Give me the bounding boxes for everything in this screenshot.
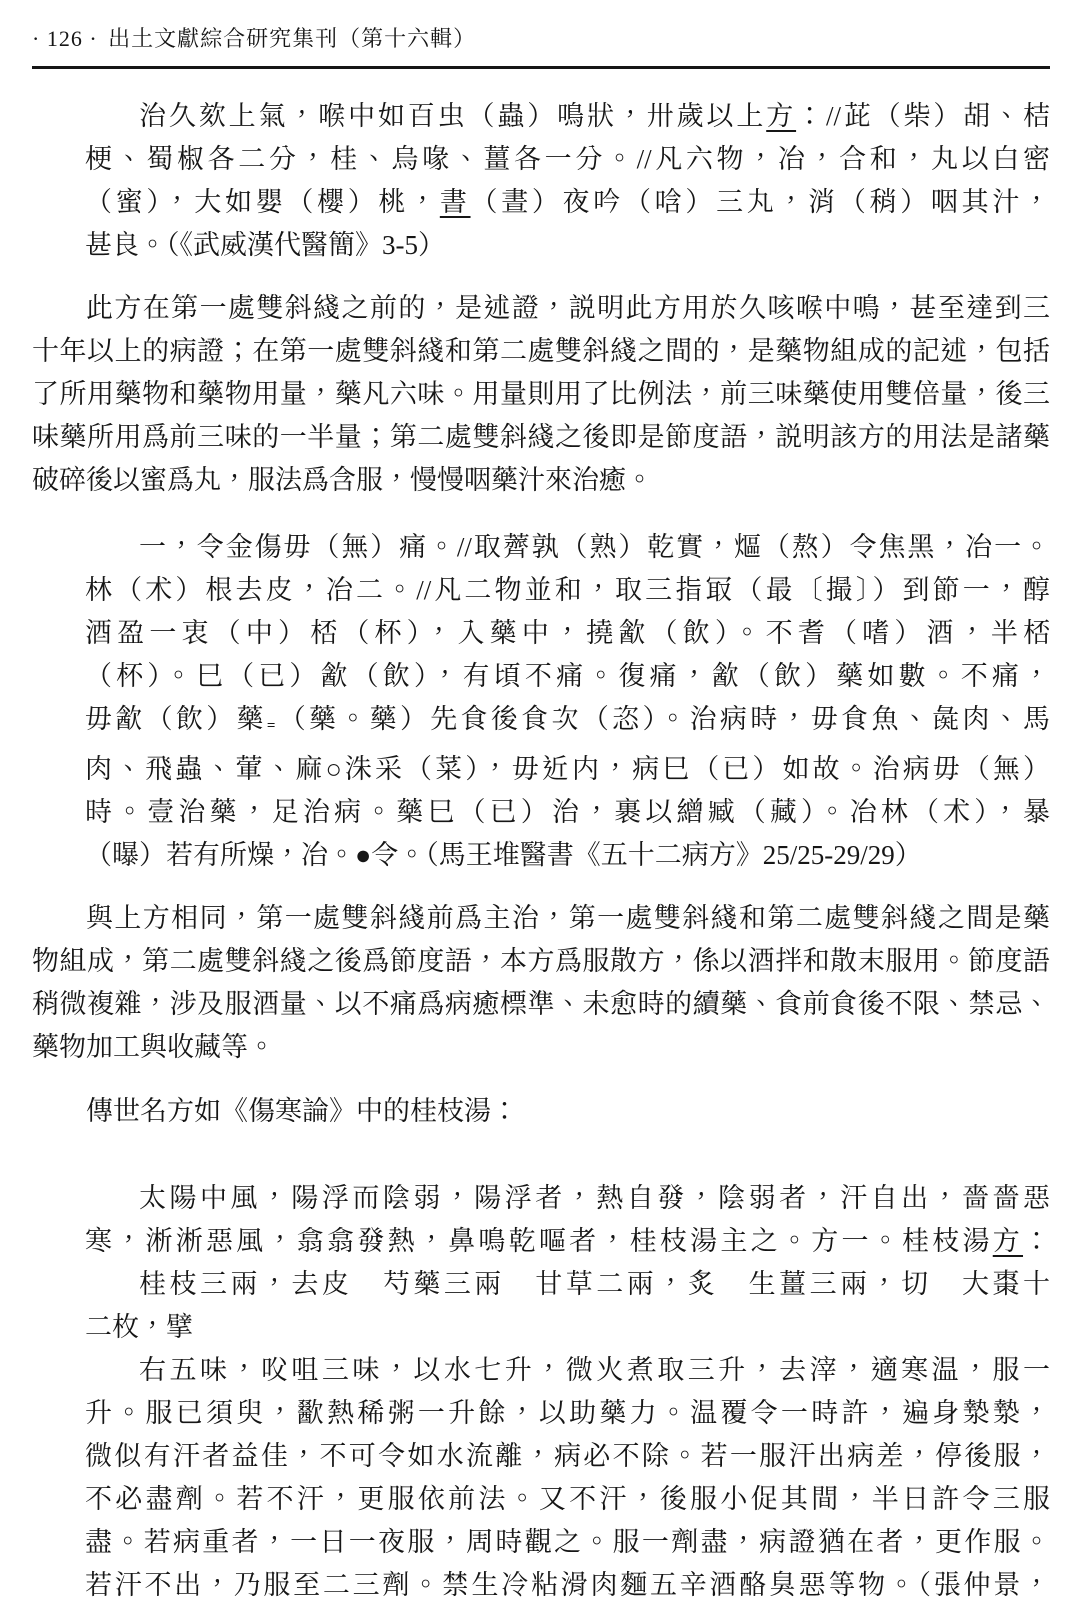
quote-line: 毋㱃（飲）藥=（藥。藥）先食後食次（恣）。治病時，毋食魚、彘肉、馬 (85, 698, 1050, 748)
body-line: 物組成，第二處雙斜綫之後爲節度語，本方爲服散方，係以酒拌和散末服用。節度語 (32, 940, 1050, 983)
body-text: 傳世名方如《傷寒論》中的桂枝湯： (86, 1096, 518, 1126)
quote-source-citation: （曝）若有所燥，冶。●令。（馬王堆醫書《五十二病方》25/25-29/29） (85, 834, 1050, 877)
body-line: 破碎後以蜜爲丸，服法爲含服，慢慢咽藥汁來治癒。 (32, 459, 1050, 502)
body-text: 與上方相同，第一處雙斜綫前爲主治，第一處雙斜綫和第二處雙斜綫之間是藥 (86, 903, 1050, 933)
quote-line: 盡。若病重者，一日一夜服，周時觀之。服一劑盡，病證猶在者，更作服。 (85, 1521, 1050, 1564)
body-line: 藥物加工與收藏等。 (32, 1026, 1050, 1069)
quote-line-ingredients: 二枚，擘 (85, 1306, 1050, 1349)
commentary-paragraph-3: 傳世名方如《傷寒論》中的桂枝湯： (32, 1090, 1050, 1133)
quote-text: 微似有汗者益佳，不可令如水流離，病必不除。若一服汗出病差，停後服， (85, 1441, 1050, 1471)
quote-text: 右五味，㕮咀三味，以水七升，微火煮取三升，去滓，適寒温，服一 (139, 1355, 1050, 1385)
body-text: 稍微複雜，涉及服酒量、以不痛爲病癒標準、未愈時的續藥、食前食後不限、禁忌、 (32, 989, 1050, 1019)
quote-text: 不必盡劑。若不汗，更服依前法。又不汗，後服小促其間，半日許令三服 (85, 1484, 1050, 1514)
body-line: 十年以上的病證；在第一處雙斜綫和第二處雙斜綫之間的，是藥物組成的記述，包括 (32, 330, 1050, 373)
body-text: 了所用藥物和藥物用量，藥凡六味。用量則用了比例法，前三味藥使用雙倍量，後三 (32, 379, 1050, 409)
underlined-char: 書 (440, 187, 471, 217)
quote-text: （曝）若有所燥，冶。●令。（馬王堆醫書《五十二病方》25/25-29/29） (85, 840, 922, 870)
quote-line: 升。服已須臾，歠熱稀粥一升餘，以助藥力。温覆令一時許，遍身漐漐， (85, 1392, 1050, 1435)
quote-text: 若汗不出，乃服至二三劑。禁生冷粘滑肉麵五辛酒酪臭惡等物。（張仲景， (85, 1570, 1050, 1600)
quote-text: （蜜），大如嬰（櫻）桃， (85, 187, 440, 217)
quote-text: 毋㱃（飲）藥 (85, 704, 267, 734)
quote-text: 肉、飛蟲、葷、麻○洙采（菜），毋近内，病巳（已）如故。治病毋（無） (85, 754, 1050, 784)
body-text: 十年以上的病證；在第一處雙斜綫和第二處雙斜綫之間的，是藥物組成的記述，包括 (32, 336, 1050, 366)
quote-text: ：//茈（柴）胡、桔 (796, 101, 1050, 131)
body-text: 破碎後以蜜爲丸，服法爲含服，慢慢咽藥汁來治癒。 (32, 465, 653, 495)
quote-source-citation: 甚良。（《武威漢代醫簡》3-5） (85, 224, 1050, 267)
quote-line: 寒，淅淅惡風，翕翕發熱，鼻鳴乾嘔者，桂枝湯主之。方一。桂枝湯方： (85, 1220, 1050, 1263)
quote-text: 梗、蜀椒各二分，桂、烏喙、薑各一分。//凡六物，冶，合和，丸以白密 (85, 144, 1050, 174)
quote-line: 微似有汗者益佳，不可令如水流離，病必不除。若一服汗出病差，停後服， (85, 1435, 1050, 1478)
quote-line: 太陽中風，陽浮而陰弱，陽浮者，熱自發，陰弱者，汗自出，嗇嗇惡 (85, 1177, 1050, 1220)
underlined-char: 方 (766, 101, 796, 131)
excerpt-shanghanlun-guizhi-decoction: 太陽中風，陽浮而陰弱，陽浮者，熱自發，陰弱者，汗自出，嗇嗇惡 寒，淅淅惡風，翕翕… (85, 1177, 1050, 1607)
quote-line: 肉、飛蟲、葷、麻○洙采（菜），毋近内，病巳（已）如故。治病毋（無） (85, 748, 1050, 791)
excerpt-wuwei-han-medical-slips: 治久欬上氣，喉中如百虫（蟲）鳴狀，卅歲以上方：//茈（柴）胡、桔 梗、蜀椒各二分… (85, 95, 1050, 267)
quote-text: 升。服已須臾，歠熱稀粥一升餘，以助藥力。温覆令一時許，遍身漐漐， (85, 1398, 1050, 1428)
body-line: 此方在第一處雙斜綫之前的，是述證，説明此方用於久咳喉中鳴，甚至達到三 (32, 287, 1050, 330)
quote-line: 時。壹治藥，足治病。藥巳（已）治，裹以繒臧（藏）。冶林（术），暴 (85, 791, 1050, 834)
body-text: 藥物加工與收藏等。 (32, 1032, 275, 1062)
quote-line: 一，令金傷毋（無）痛。//取薺孰（熟）乾實，熰（熬）令焦黑，冶一。 (85, 526, 1050, 569)
body-line: 了所用藥物和藥物用量，藥凡六味。用量則用了比例法，前三味藥使用雙倍量，後三 (32, 373, 1050, 416)
quote-text: 寒，淅淅惡風，翕翕發熱，鼻鳴乾嘔者，桂枝湯主之。方一。桂枝湯 (85, 1226, 993, 1256)
quote-text: 甚良。（《武威漢代醫簡》3-5） (85, 230, 445, 260)
body-line: 味藥所用爲前三味的一半量；第二處雙斜綫之後即是節度語，説明該方的用法是諸藥 (32, 416, 1050, 459)
quote-line: 酒盈一衷（中）桮（杯），入藥中，撓㱃（飲）。不耆（嗜）酒，半桮 (85, 612, 1050, 655)
quote-text: 太陽中風，陽浮而陰弱，陽浮者，熱自發，陰弱者，汗自出，嗇嗇惡 (139, 1183, 1050, 1213)
page-number: · 126 · (32, 26, 98, 51)
body-line: 傳世名方如《傷寒論》中的桂枝湯： (32, 1090, 1050, 1133)
quote-line-ingredients: 桂枝三兩，去皮 芍藥三兩 甘草二兩，炙 生薑三兩，切 大棗十 (85, 1263, 1050, 1306)
quote-text: （杯）。巳（已）㱃（飲），有頃不痛。復痛，㱃（飲）藥如數。不痛， (85, 661, 1050, 691)
quote-text: （藥。藥）先食後食次（恣）。治病時，毋食魚、彘肉、馬 (275, 704, 1050, 734)
body-text: 此方在第一處雙斜綫之前的，是述證，説明此方用於久咳喉中鳴，甚至達到三 (86, 293, 1050, 323)
quote-text: 二枚，擘 (85, 1312, 193, 1342)
body-line: 稍微複雜，涉及服酒量、以不痛爲病癒標準、未愈時的續藥、食前食後不限、禁忌、 (32, 983, 1050, 1026)
journal-title: 出土文獻綜合研究集刊（第十六輯） (108, 26, 476, 51)
quote-text: （晝）夜吟（唅）三丸，消（稍）咽其汁， (471, 187, 1050, 217)
underlined-char: 方 (993, 1226, 1023, 1256)
quote-line: 治久欬上氣，喉中如百虫（蟲）鳴狀，卅歲以上方：//茈（柴）胡、桔 (85, 95, 1050, 138)
commentary-paragraph-2: 與上方相同，第一處雙斜綫前爲主治，第一處雙斜綫和第二處雙斜綫之間是藥 物組成，第… (32, 897, 1050, 1069)
quote-line: 不必盡劑。若不汗，更服依前法。又不汗，後服小促其間，半日許令三服 (85, 1478, 1050, 1521)
scanned-book-page: · 126 · 出土文獻綜合研究集刊（第十六輯） 治久欬上氣，喉中如百虫（蟲）鳴… (0, 0, 1080, 1619)
quote-text: 桂枝三兩，去皮 芍藥三兩 甘草二兩，炙 生薑三兩，切 大棗十 (139, 1269, 1050, 1299)
quote-line: 林（术）根去皮，冶二。//凡二物並和，取三指冣（最〔撮〕）到節一，醇 (85, 569, 1050, 612)
running-head-separator (98, 26, 109, 51)
quote-text: ： (1023, 1226, 1050, 1256)
quote-line: （杯）。巳（已）㱃（飲），有頃不痛。復痛，㱃（飲）藥如數。不痛， (85, 655, 1050, 698)
quote-text: 治久欬上氣，喉中如百虫（蟲）鳴狀，卅歲以上 (139, 101, 766, 131)
running-head: · 126 · 出土文獻綜合研究集刊（第十六輯） (32, 24, 1050, 54)
body-text: 味藥所用爲前三味的一半量；第二處雙斜綫之後即是節度語，説明該方的用法是諸藥 (32, 422, 1050, 452)
body-text: 物組成，第二處雙斜綫之後爲節度語，本方爲服散方，係以酒拌和散末服用。節度語 (32, 946, 1050, 976)
quote-text: 盡。若病重者，一日一夜服，周時觀之。服一劑盡，病證猶在者，更作服。 (85, 1527, 1050, 1557)
quote-text: 酒盈一衷（中）桮（杯），入藥中，撓㱃（飲）。不耆（嗜）酒，半桮 (85, 618, 1050, 648)
quote-line: 梗、蜀椒各二分，桂、烏喙、薑各一分。//凡六物，冶，合和，丸以白密 (85, 138, 1050, 181)
excerpt-mawangdui-52-prescriptions: 一，令金傷毋（無）痛。//取薺孰（熟）乾實，熰（熬）令焦黑，冶一。 林（术）根去… (85, 526, 1050, 877)
quote-text: 時。壹治藥，足治病。藥巳（已）治，裹以繒臧（藏）。冶林（术），暴 (85, 797, 1050, 827)
commentary-paragraph-1: 此方在第一處雙斜綫之前的，是述證，説明此方用於久咳喉中鳴，甚至達到三 十年以上的… (32, 287, 1050, 502)
body-line: 與上方相同，第一處雙斜綫前爲主治，第一處雙斜綫和第二處雙斜綫之間是藥 (32, 897, 1050, 940)
header-rule (32, 66, 1050, 69)
quote-line: （蜜），大如嬰（櫻）桃，書（晝）夜吟（唅）三丸，消（稍）咽其汁， (85, 181, 1050, 224)
quote-text: 一，令金傷毋（無）痛。//取薺孰（熟）乾實，熰（熬）令焦黑，冶一。 (139, 532, 1050, 562)
quote-line: 若汗不出，乃服至二三劑。禁生冷粘滑肉麵五辛酒酪臭惡等物。（張仲景， (85, 1564, 1050, 1607)
quote-line: 右五味，㕮咀三味，以水七升，微火煮取三升，去滓，適寒温，服一 (85, 1349, 1050, 1392)
quote-text: 林（术）根去皮，冶二。//凡二物並和，取三指冣（最〔撮〕）到節一，醇 (85, 575, 1050, 605)
